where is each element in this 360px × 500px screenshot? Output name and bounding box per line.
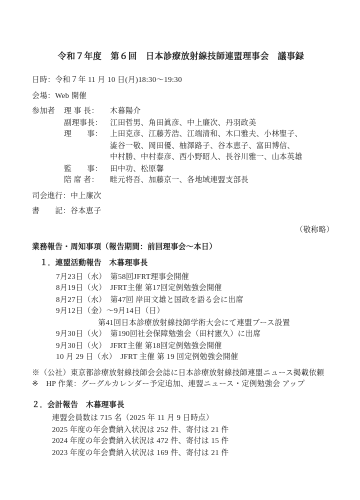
document-page: 令和７年度 第６回 日本診療放射線技師連盟理事会 議事録 日時：令和７年 11 … — [0, 0, 360, 500]
participant-role: 監 事： — [64, 163, 108, 175]
doc-title: 令和７年度 第６回 日本診療放射線技師連盟理事会 議事録 — [28, 50, 334, 62]
meeting-venue: 会場：Web 開催 — [32, 90, 334, 102]
activity-item: 9月12日（金）～9月14日（日） — [56, 305, 334, 317]
accounting-line: 2024 年度の年会費納入状況は 472 件、寄付は 15 件 — [52, 435, 334, 447]
activity-item: 7月23日（水） 第58回JFRT理事会開催 — [56, 271, 334, 283]
participant-role: 陪 席 者： — [64, 174, 108, 186]
participant-role: 理 事 長： — [64, 105, 108, 117]
activity-item: 第41回日本診療放射線技師学術大会にて連盟ブース設置 — [56, 317, 334, 329]
activity-item: 8月19日（火） JFRT主催 第17回定例勉強会開催 — [56, 282, 334, 294]
moderator-line: 司会進行：中上廉次 — [32, 190, 334, 202]
activity-item: 10 月 29 日（水） JFRT 主催 第 19 回定例勉強会開催 — [56, 351, 334, 363]
accounting-line: 連盟会員数は 715 名（2025 年 11 月 9 日時点） — [52, 412, 334, 424]
notes-block: ※（公社）東京都診療放射線技師会会誌に日本診療放射線技師連盟ニュース掲載依頼 ※… — [32, 367, 334, 390]
activity-item: 9月30日（火） JFRT主催 第18回定例勉強会開催 — [56, 340, 334, 352]
honorific-note: （敬称略） — [32, 224, 334, 235]
section1-sub1-heading: １．連盟活動報告 木暮理事長 — [32, 257, 334, 269]
participant-names: 木暮陽介 — [110, 105, 334, 117]
participant-names: 畦元将吾、加藤京一、各地域連盟支部長 — [110, 174, 334, 186]
accounting-line: 2023 年度の年会費納入状況は 169 件、寄付は 21 件 — [52, 447, 334, 459]
participant-names: 田中功、松原馨 — [110, 163, 334, 175]
activity-item: 8月27日（水） 第47回 岸田文雄と国政を語る会に出席 — [56, 294, 334, 306]
meeting-datetime: 日時：令和７年 11 月 10 日(月)18:30～19:30 — [32, 74, 334, 86]
participants-block: 参加者 理 事 長： 木暮陽介 副理事長： 江田哲男、角田眞彦、中上廉次、丹羽政… — [32, 105, 334, 186]
participant-names: 江田哲男、角田眞彦、中上廉次、丹羽政美 — [110, 117, 334, 129]
participant-names: 上田克彦、江藤芳浩、江端清和、木口雅夫、小林聖子、 澁谷一敬、岡田優、柚澤路子、… — [110, 128, 334, 163]
participant-role: 副理事長： — [64, 117, 108, 129]
accounting-line: 2025 年度の年会費納入状況は 252 件、寄付は 21 件 — [52, 424, 334, 436]
participant-role: 理 事： — [64, 128, 108, 163]
section1-heading: 業務報告・周知事項（報告期間：前回理事会～本日） — [32, 241, 334, 253]
participants-label: 参加者 — [32, 105, 62, 117]
note-line: ※ HP 作業：グーグルカレンダー予定追加、連盟ニュース・定例勉強会 アップ — [32, 378, 334, 390]
section2-heading: ２．会計報告 木暮理事長 — [32, 399, 334, 411]
activity-item: 9月30日（火） 第190回社会保障勉強会（田村憲久）に出席 — [56, 328, 334, 340]
activity-list: 7月23日（水） 第58回JFRT理事会開催 8月19日（火） JFRT主催 第… — [32, 271, 334, 363]
secretary-line: 書 記：谷本恵子 — [32, 205, 334, 217]
accounting-block: 連盟会員数は 715 名（2025 年 11 月 9 日時点） 2025 年度の… — [32, 412, 334, 458]
note-line: ※（公社）東京都診療放射線技師会会誌に日本診療放射線技師連盟ニュース掲載依頼 — [32, 367, 334, 379]
